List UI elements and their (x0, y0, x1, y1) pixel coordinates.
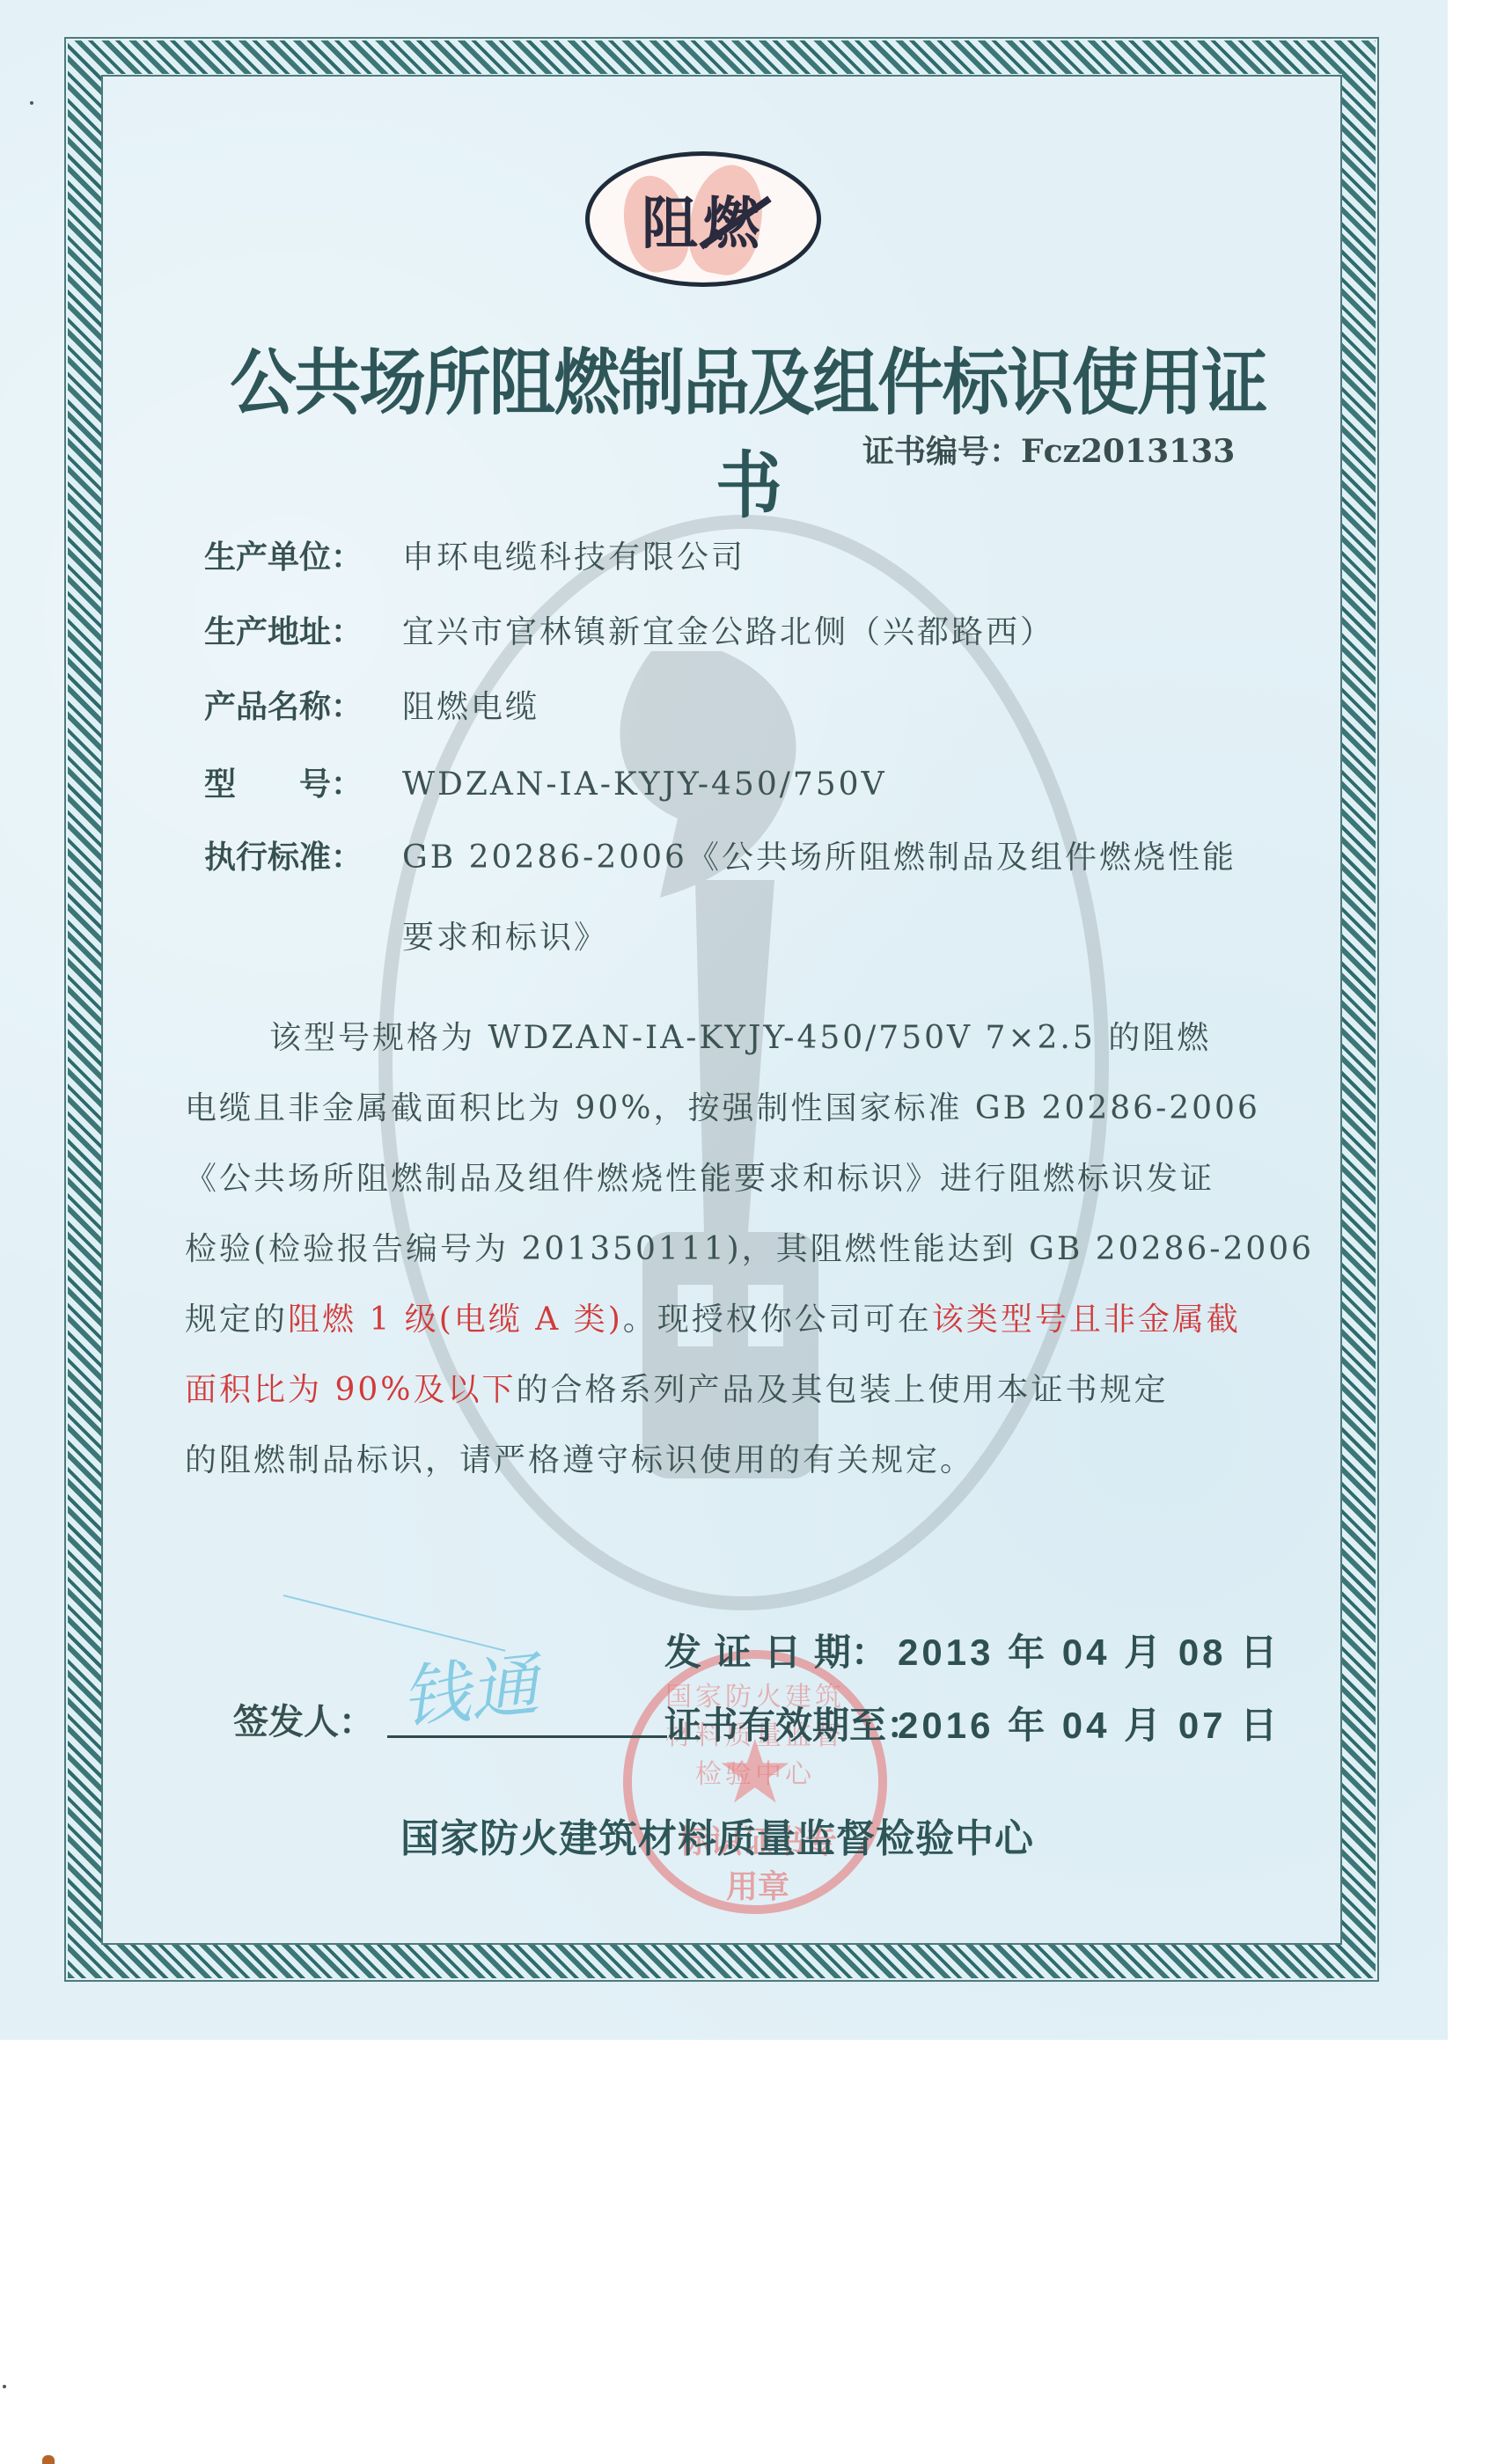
field-model: 型 号：WDZAN-ⅠA-KYJY-450/750V (204, 766, 887, 804)
field-standard-continuation: 要求和标识》 (402, 913, 608, 957)
paragraph-line: 的阻燃制品标识，请严格遵守标识使用的有关规定。 (185, 1426, 1329, 1496)
field-standard: 执行标准：GB 20286-2006《公共场所阻燃制品及组件燃烧性能 (204, 839, 1236, 877)
highlight-grade: 阻燃 1 级(电缆 A 类) (288, 1302, 623, 1338)
valid-until-value: 2016 年 04 月 07 日 (898, 1705, 1281, 1746)
issue-date-row: 发 证 日 期：2013 年 04 月 08 日 (664, 1624, 1281, 1676)
highlight-scope: 该类型号且非金属截 (932, 1302, 1241, 1338)
paragraph-line: 《公共场所阻燃制品及组件燃烧性能要求和标识》进行阻燃标识发证 (185, 1144, 1329, 1214)
field-label: 型 号： (204, 766, 402, 804)
field-value: GB 20286-2006《公共场所阻燃制品及组件燃烧性能 (402, 840, 1236, 876)
field-value: 宜兴市官林镇新宜金公路北侧（兴都路西） (402, 614, 1054, 650)
certificate-number-value: Fcz2013133 (1021, 433, 1235, 470)
paragraph-line: 规定的阻燃 1 级(电缆 A 类)。现授权你公司可在该类型号且非金属截 (185, 1285, 1329, 1355)
signature-line (387, 1735, 667, 1738)
paragraph-line: 检验(检验报告编号为 201350111)，其阻燃性能达到 GB 20286-2… (185, 1214, 1329, 1285)
paragraph-text: 的合格系列产品及其包装上使用本证书规定 (516, 1372, 1168, 1408)
issuing-authority: 国家防火建筑材料质量监督检验中心 (400, 1807, 1034, 1863)
scan-corner-mark (42, 2455, 55, 2464)
field-value: WDZAN-ⅠA-KYJY-450/750V (402, 766, 887, 803)
certificate-number: 证书编号：Fcz2013133 (862, 427, 1235, 472)
issue-date-label: 发 证 日 期： (664, 1624, 898, 1676)
scan-speck (30, 101, 33, 105)
scan-speck (3, 2385, 6, 2388)
field-address: 生产地址：宜兴市官林镇新宜金公路北侧（兴都路西） (204, 613, 1054, 652)
authorization-paragraph: 该型号规格为 WDZAN-ⅠA-KYJY-450/750V 7×2.5 的阻燃 … (185, 1003, 1329, 1496)
field-label: 产品名称： (204, 688, 402, 727)
field-product-name: 产品名称：阻燃电缆 (204, 688, 539, 727)
field-value: 申环电缆科技有限公司 (402, 539, 745, 576)
issue-date-value: 2013 年 04 月 08 日 (898, 1632, 1281, 1673)
handwritten-signature: 钱通 (396, 1630, 543, 1742)
flame-retardant-logo: 阻燃 (585, 151, 821, 287)
certificate-number-label: 证书编号： (862, 433, 1021, 470)
field-value: 阻燃电缆 (402, 689, 539, 725)
valid-until-label: 证书有效期至： (664, 1697, 898, 1749)
field-label: 执行标准： (204, 839, 402, 877)
highlight-scope: 面积比为 90%及以下 (185, 1372, 516, 1408)
field-label: 生产单位： (204, 539, 402, 577)
valid-until-row: 证书有效期至：2016 年 04 月 07 日 (664, 1697, 1281, 1749)
paragraph-line: 该型号规格为 WDZAN-ⅠA-KYJY-450/750V 7×2.5 的阻燃 (185, 1003, 1329, 1074)
paragraph-text: 。现授权你公司可在 (623, 1302, 932, 1338)
field-manufacturer: 生产单位：申环电缆科技有限公司 (204, 539, 745, 577)
official-seal: 国家防火建筑材料质量监督检验中心 ★ 标识证书专用章 (623, 1650, 887, 1914)
signer-label: 签发人： (233, 1694, 374, 1744)
paragraph-text: 规定的 (185, 1302, 288, 1338)
logo-text: 阻燃 (590, 156, 817, 282)
field-label: 生产地址： (204, 613, 402, 652)
paragraph-line: 面积比为 90%及以下的合格系列产品及其包装上使用本证书规定 (185, 1355, 1329, 1426)
paragraph-line: 电缆且非金属截面积比为 90%，按强制性国家标准 GB 20286-2006 (185, 1074, 1329, 1144)
